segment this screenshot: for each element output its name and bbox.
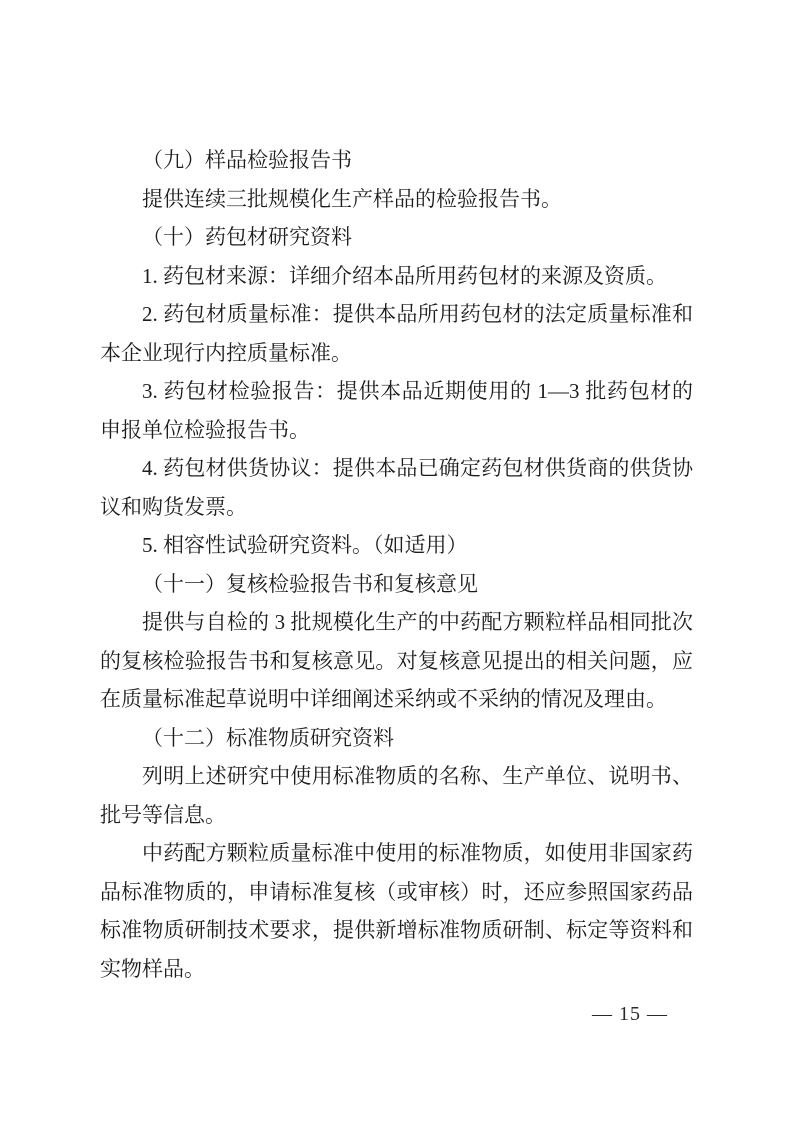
text-line: 实物样品。 (100, 950, 693, 989)
text-line: 2. 药包材质量标准：提供本品所用药包材的法定质量标准和 (100, 295, 693, 334)
text-line: 申报单位检验报告书。 (100, 411, 693, 450)
text-line: 列明上述研究中使用标准物质的名称、生产单位、说明书、 (100, 757, 693, 796)
text-line: 批号等信息。 (100, 796, 693, 835)
text-line: 的复核检验报告书和复核意见。对复核意见提出的相关问题，应 (100, 642, 693, 681)
document-text: （九）样品检验报告书提供连续三批规模化生产样品的检验报告书。（十）药包材研究资料… (100, 141, 693, 988)
document-page: （九）样品检验报告书提供连续三批规模化生产样品的检验报告书。（十）药包材研究资料… (0, 0, 793, 1122)
text-line: 品标准物质的，申请标准复核（或审核）时，还应参照国家药品 (100, 873, 693, 912)
text-line: （十一）复核检验报告书和复核意见 (100, 565, 693, 604)
text-line: 1. 药包材来源：详细介绍本品所用药包材的来源及资质。 (100, 257, 693, 296)
text-line: 议和购货发票。 (100, 488, 693, 527)
text-line: 本企业现行内控质量标准。 (100, 334, 693, 373)
page-number: — 15 — (560, 1000, 700, 1028)
text-line: 中药配方颗粒质量标准中使用的标准物质，如使用非国家药 (100, 834, 693, 873)
text-line: （十二）标准物质研究资料 (100, 719, 693, 758)
text-line: 标准物质研制技术要求，提供新增标准物质研制、标定等资料和 (100, 911, 693, 950)
text-line: 提供与自检的 3 批规模化生产的中药配方颗粒样品相同批次 (100, 603, 693, 642)
text-line: 3. 药包材检验报告：提供本品近期使用的 1—3 批药包材的 (100, 372, 693, 411)
text-line: 提供连续三批规模化生产样品的检验报告书。 (100, 180, 693, 219)
text-line: （九）样品检验报告书 (100, 141, 693, 180)
text-line: 在质量标准起草说明中详细阐述采纳或不采纳的情况及理由。 (100, 680, 693, 719)
text-line: （十）药包材研究资料 (100, 218, 693, 257)
text-line: 4. 药包材供货协议：提供本品已确定药包材供货商的供货协 (100, 449, 693, 488)
text-line: 5. 相容性试验研究资料。（如适用） (100, 526, 693, 565)
